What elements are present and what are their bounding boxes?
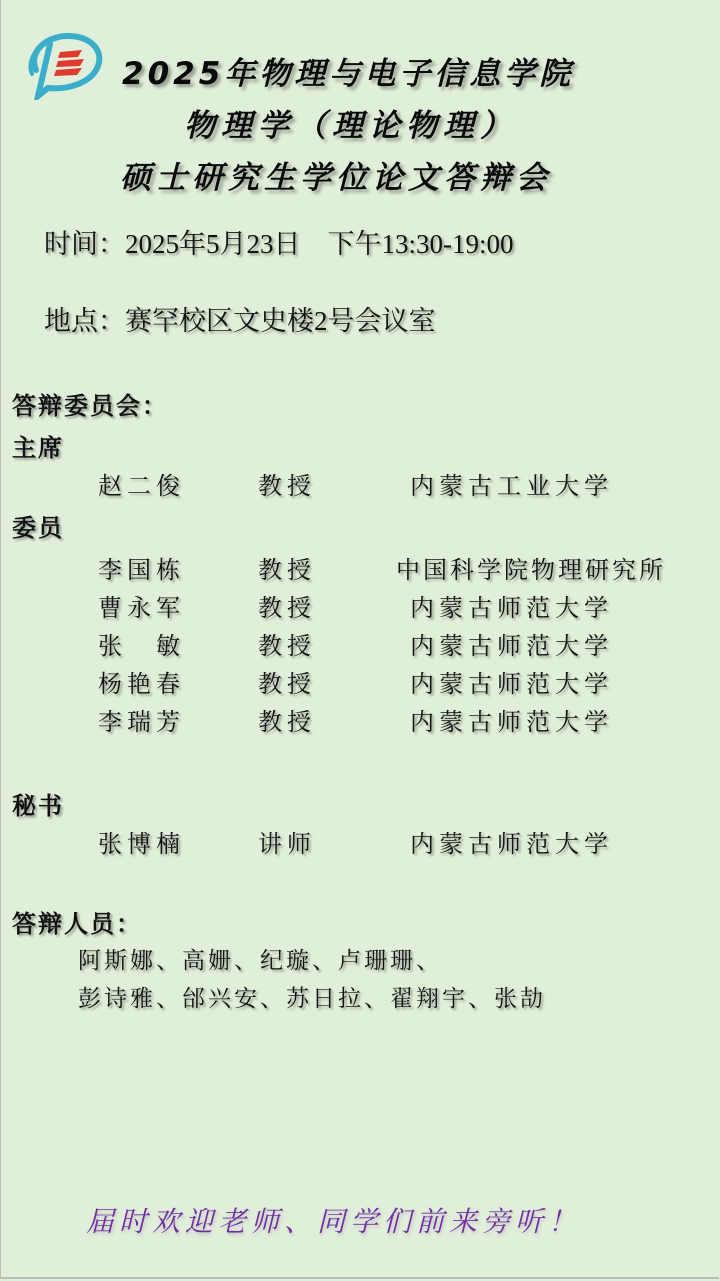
member-org: 内蒙古师范大学 — [410, 664, 613, 699]
member-title: 教授 — [258, 702, 316, 737]
title-line-3: 硕士研究生学位论文答辩会 — [120, 152, 552, 197]
member-org: 内蒙古工业大学 — [410, 466, 613, 501]
member-name: 赵二俊 — [98, 466, 185, 501]
member-org: 中国科学院物理研究所 — [396, 550, 666, 585]
member-title: 教授 — [258, 588, 316, 623]
member-name: 张博楠 — [98, 824, 185, 859]
member-name: 张 敏 — [98, 626, 185, 661]
chair-row: 赵二俊 教授 内蒙古工业大学 — [0, 466, 720, 502]
member-title: 教授 — [258, 664, 316, 699]
member-name: 杨艳春 — [98, 664, 185, 699]
member-org: 内蒙古师范大学 — [410, 588, 613, 623]
participants-heading: 答辩人员： — [12, 904, 142, 939]
member-title: 教授 — [258, 626, 316, 661]
member-name: 李国栋 — [98, 550, 185, 585]
member-org: 内蒙古师范大学 — [410, 626, 613, 661]
title-line-2: 物理学（理论物理） — [184, 100, 517, 145]
time-label: 时间： — [44, 229, 125, 259]
member-title: 教授 — [258, 550, 316, 585]
member-row: 曹永军 教授 内蒙古师范大学 — [0, 588, 720, 624]
members-heading: 委员 — [12, 508, 64, 543]
chair-heading: 主席 — [12, 428, 64, 463]
participants-line-2: 彭诗雅、邰兴安、苏日拉、翟翔宇、张劼 — [78, 980, 546, 1013]
time-value: 2025年5月23日 下午13:30-19:00 — [125, 229, 514, 259]
member-org: 内蒙古师范大学 — [410, 702, 613, 737]
member-row: 李国栋 教授 中国科学院物理研究所 — [0, 550, 720, 586]
welcome-message: 届时欢迎老师、同学们前来旁听！ — [86, 1200, 581, 1240]
secretary-heading: 秘书 — [12, 786, 64, 821]
member-row: 张 敏 教授 内蒙古师范大学 — [0, 626, 720, 662]
participants-line-1: 阿斯娜、高姗、纪璇、卢珊珊、 — [78, 942, 442, 975]
school-logo-icon — [24, 30, 104, 100]
place-value: 赛罕校区文史楼2号会议室 — [125, 306, 436, 336]
place-info: 地点：赛罕校区文史楼2号会议室 — [44, 299, 436, 338]
secretary-row: 张博楠 讲师 内蒙古师范大学 — [0, 824, 720, 860]
committee-heading: 答辩委员会： — [12, 386, 168, 421]
member-title: 教授 — [258, 466, 316, 501]
member-row: 杨艳春 教授 内蒙古师范大学 — [0, 664, 720, 700]
member-org: 内蒙古师范大学 — [410, 824, 613, 859]
member-title: 讲师 — [258, 824, 316, 859]
member-name: 曹永军 — [98, 588, 185, 623]
title-line-1: 2025年物理与电子信息学院 — [122, 48, 574, 93]
member-name: 李瑞芳 — [98, 702, 185, 737]
time-info: 时间：2025年5月23日 下午13:30-19:00 — [44, 222, 514, 261]
place-label: 地点： — [44, 306, 125, 336]
member-row: 李瑞芳 教授 内蒙古师范大学 — [0, 702, 720, 738]
